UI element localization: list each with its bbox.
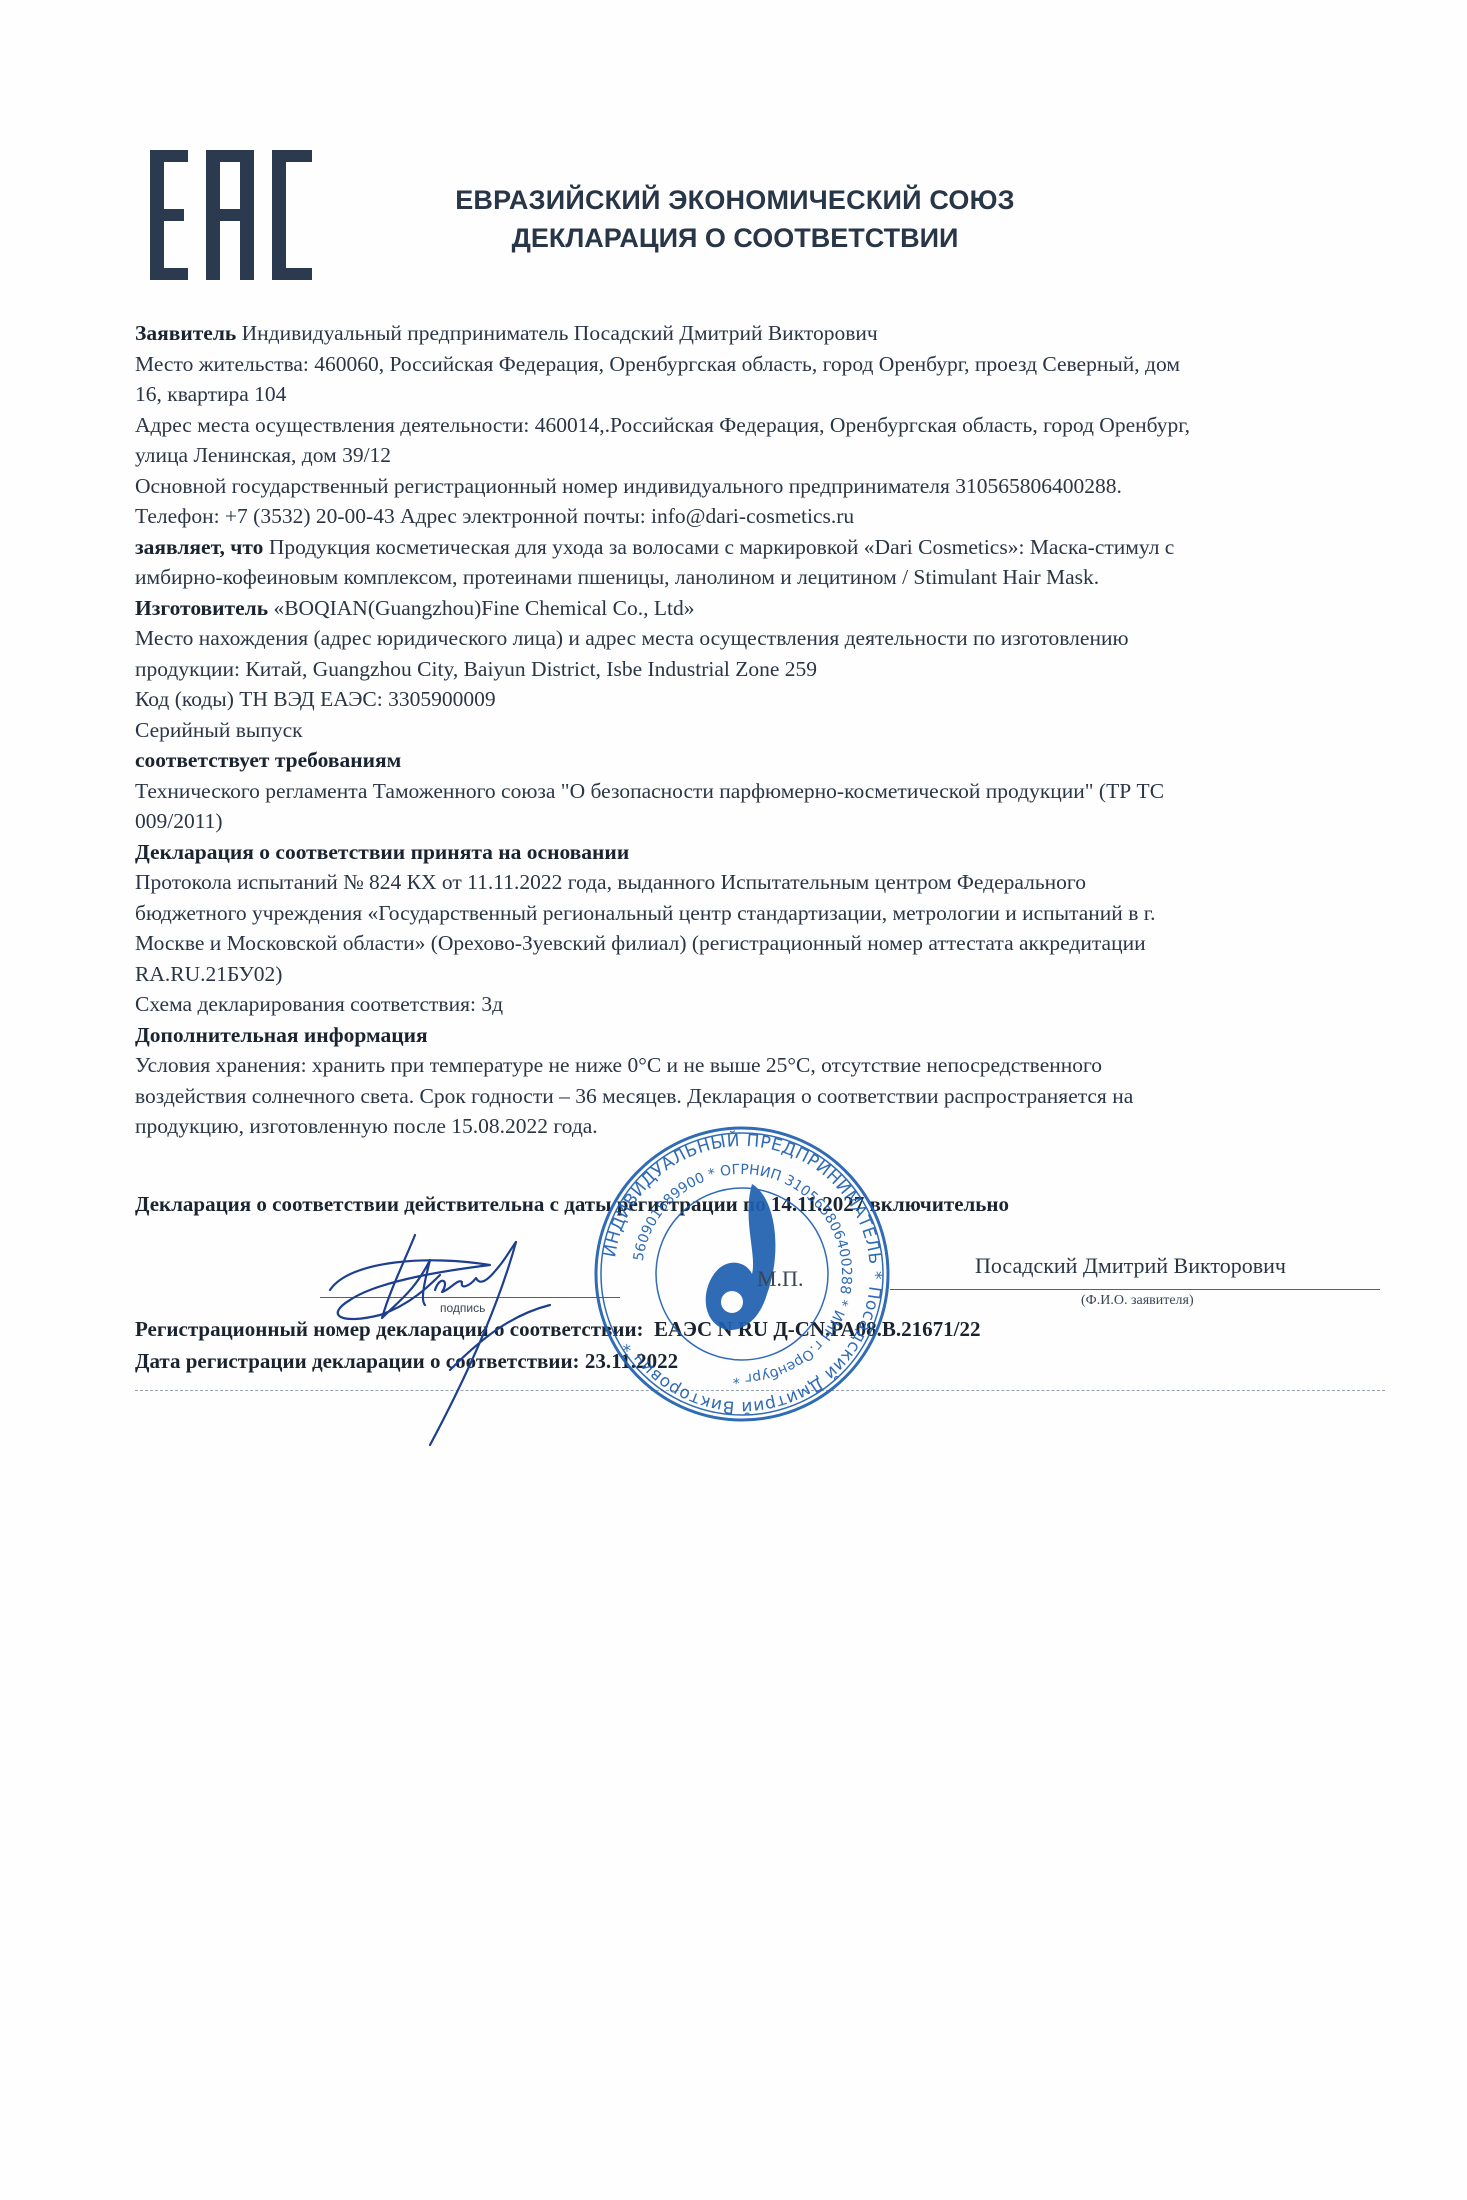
declaration-body: Заявитель Индивидуальный предприниматель… bbox=[135, 318, 1380, 1142]
conformity-line-1: Технического регламента Таможенного союз… bbox=[135, 776, 1380, 807]
manufacturer-label: Изготовитель bbox=[135, 596, 268, 620]
declaration-page: ЕВРАЗИЙСКИЙ ЭКОНОМИЧЕСКИЙ СОЮЗ ДЕКЛАРАЦИ… bbox=[0, 0, 1467, 2200]
company-seal-icon: ИНДИВИДУАЛЬНЫЙ ПРЕДПРИНИМАТЕЛЬ * Посадск… bbox=[592, 1124, 892, 1424]
manufacturer-line: Изготовитель «BOQIAN(Guangzhou)Fine Chem… bbox=[135, 593, 1380, 624]
registration-date-label: Дата регистрации декларации о соответств… bbox=[135, 1349, 580, 1373]
stamp-center-text: М.П. bbox=[757, 1266, 803, 1291]
eac-mark-icon bbox=[150, 150, 320, 280]
bottom-divider bbox=[135, 1390, 1385, 1391]
declares-line-1: заявляет, что Продукция косметическая дл… bbox=[135, 532, 1380, 563]
registration-number-value: ЕАЭС N RU Д-CN.РА08.В.21671/22 bbox=[654, 1317, 980, 1341]
manufacturer-address-2: продукции: Китай, Guangzhou City, Baiyun… bbox=[135, 654, 1380, 685]
registration-number-line: Регистрационный номер декларации о соотв… bbox=[135, 1317, 981, 1342]
basis-line-4: RA.RU.21БУ02) bbox=[135, 959, 1380, 990]
activity-address-line-2: улица Ленинская, дом 39/12 bbox=[135, 440, 1380, 471]
union-title: ЕВРАЗИЙСКИЙ ЭКОНОМИЧЕСКИЙ СОЮЗ bbox=[395, 182, 1075, 218]
declares-line-2: имбирно-кофеиновым комплексом, протеинам… bbox=[135, 562, 1380, 593]
applicant-label: Заявитель bbox=[135, 321, 236, 345]
declares-label: заявляет, что bbox=[135, 535, 263, 559]
applicant-name: Индивидуальный предприниматель Посадский… bbox=[242, 321, 878, 345]
basis-line-2: бюджетного учреждения «Государственный р… bbox=[135, 898, 1380, 929]
registration-number-label: Регистрационный номер декларации о соотв… bbox=[135, 1317, 644, 1341]
name-caption: (Ф.И.О. заявителя) bbox=[1081, 1293, 1194, 1309]
applicant-printed-name: Посадский Дмитрий Викторович bbox=[975, 1253, 1286, 1279]
signature-line bbox=[320, 1297, 620, 1298]
additional-line-2: воздействия солнечного света. Срок годно… bbox=[135, 1081, 1380, 1112]
conformity-line-2: 009/2011) bbox=[135, 806, 1380, 837]
contacts-line: Телефон: +7 (3532) 20-00-43 Адрес электр… bbox=[135, 501, 1380, 532]
additional-info-label: Дополнительная информация bbox=[135, 1020, 1380, 1051]
hs-code-line: Код (коды) ТН ВЭД ЕАЭС: 3305900009 bbox=[135, 684, 1380, 715]
conformity-label: соответствует требованиям bbox=[135, 745, 1380, 776]
validity-statement: Декларация о соответствии действительна … bbox=[135, 1192, 1009, 1217]
document-header: ЕВРАЗИЙСКИЙ ЭКОНОМИЧЕСКИЙ СОЮЗ ДЕКЛАРАЦИ… bbox=[395, 182, 1075, 258]
manufacturer-name: «BOQIAN(Guangzhou)Fine Chemical Co., Ltd… bbox=[273, 596, 694, 620]
basis-line-1: Протокола испытаний № 824 КХ от 11.11.20… bbox=[135, 867, 1380, 898]
applicant-line: Заявитель Индивидуальный предприниматель… bbox=[135, 318, 1380, 349]
basis-label: Декларация о соответствии принята на осн… bbox=[135, 837, 1380, 868]
document-title: ДЕКЛАРАЦИЯ О СООТВЕТСТВИИ bbox=[395, 218, 1075, 258]
product-description: Продукция косметическая для ухода за вол… bbox=[269, 535, 1175, 559]
registration-date-value: 23.11.2022 bbox=[585, 1349, 678, 1373]
residence-line-1: Место жительства: 460060, Российская Фед… bbox=[135, 349, 1380, 380]
residence-line-2: 16, квартира 104 bbox=[135, 379, 1380, 410]
activity-address-line-1: Адрес места осуществления деятельности: … bbox=[135, 410, 1380, 441]
ogrnip-line: Основной государственный регистрационный… bbox=[135, 471, 1380, 502]
signature-caption: подпись bbox=[440, 1301, 485, 1315]
name-line bbox=[890, 1289, 1380, 1290]
scheme-line: Схема декларирования соответствия: 3д bbox=[135, 989, 1380, 1020]
series-line: Серийный выпуск bbox=[135, 715, 1380, 746]
registration-date-line: Дата регистрации декларации о соответств… bbox=[135, 1349, 678, 1374]
manufacturer-address-1: Место нахождения (адрес юридического лиц… bbox=[135, 623, 1380, 654]
additional-line-1: Условия хранения: хранить при температур… bbox=[135, 1050, 1380, 1081]
additional-line-3: продукцию, изготовленную после 15.08.202… bbox=[135, 1111, 1380, 1142]
basis-line-3: Москве и Московской области» (Орехово-Зу… bbox=[135, 928, 1380, 959]
